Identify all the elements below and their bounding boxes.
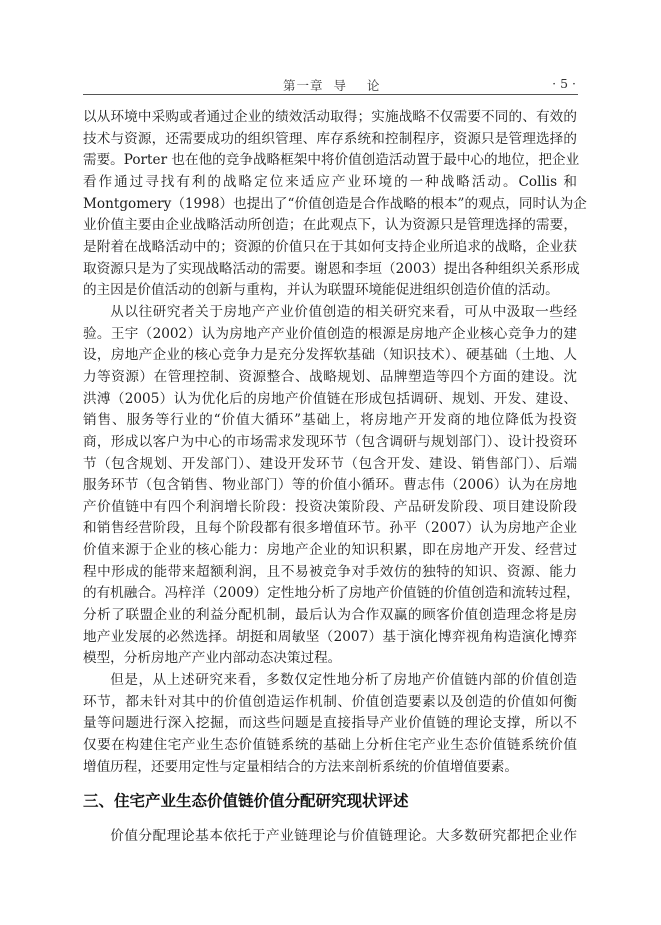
chapter-title: 第一章 导 论	[283, 76, 380, 94]
paragraph-3: 但是，从上述研究来看，多数仅定性地分析了房地产价值链内部的价值创造 环节，都未针…	[83, 670, 577, 778]
text-line: 环节，都未针对其中的价值创造运作机制、价值创造要素以及创造的价值如何衡	[83, 692, 577, 714]
text-line: 以从环境中采购或者通过企业的绩效活动取得；实施战略不仅需要不同的、有效的	[83, 107, 577, 129]
text-line: 价值分配理论基本依托于产业链理论与价值链理论。大多数研究都把企业作	[83, 826, 577, 848]
running-header: 第一章 导 论 · 5 ·	[83, 74, 578, 94]
text-line: 从以往研究者关于房地产产业价值创造的相关研究来看，可从中汲取一些经	[83, 302, 577, 324]
text-line: 是附着在战略活动中的；资源的价值只在于其如何支持企业所追求的战略，企业获	[83, 237, 577, 259]
text-line: 销售、服务等行业的“价值大循环”基础上，将房地产开发商的地位降低为投资	[83, 410, 577, 432]
text-line: 仅要在构建住宅产业生态价值链系统的基础上分析住宅产业生态价值链系统价值	[83, 735, 577, 757]
text-line: Montgomery（1998）也提出了“价值创造是合作战略的根本”的观点，同时…	[83, 194, 577, 216]
text-line: 设，房地产企业的核心竞争力是充分发挥软基础（知识技术）、硬基础（土地、人	[83, 345, 577, 367]
text-line: 看作通过寻找有利的战略定位来适应产业环境的一种战略活动。Collis 和	[83, 172, 577, 194]
text-line: 取资源只是为了实现战略活动的需要。谢恩和李垣（2003）提出各种组织关系形成	[83, 259, 577, 281]
text-line: 业价值主要由企业战略活动所创造；在此观点下，认为资源只是管理选择的需要，	[83, 215, 577, 237]
text-line: 的主因是价值活动的创新与重构，并认为联盟环境能促进组织创造价值的活动。	[83, 280, 577, 302]
text-line: 力等资源）在管理控制、资源整合、战略规划、品牌塑造等四个方面的建设。沈	[83, 367, 577, 389]
text-line: 程中形成的能带来超额利润，且不易被竞争对手效仿的独特的知识、资源、能力	[83, 562, 577, 584]
page-number: · 5 ·	[552, 76, 576, 91]
text-line: 但是，从上述研究来看，多数仅定性地分析了房地产价值链内部的价值创造	[83, 670, 577, 692]
text-line: 价值来源于企业的核心能力：房地产企业的知识积累，即在房地产开发、经营过	[83, 540, 577, 562]
text-line: 节（包含规划、开发部门）、建设开发环节（包含开发、建设、销售部门）、后端	[83, 454, 577, 476]
section-heading: 三、住宅产业生态价值链价值分配研究现状评述	[83, 789, 409, 811]
text-line: 洪溥（2005）认为优化后的房地产价值链在形成包括调研、规划、开发、建设、	[83, 389, 577, 411]
body-text: 以从环境中采购或者通过企业的绩效活动取得；实施战略不仅需要不同的、有效的 技术与…	[83, 107, 577, 778]
text-line: 的有机融合。冯梓洋（2009）定性地分析了房地产价值链的价值创造和流转过程，	[83, 583, 577, 605]
text-line: 增值历程，还要用定性与定量相结合的方法来剖析系统的价值增值要素。	[83, 757, 577, 779]
paragraph-4: 价值分配理论基本依托于产业链理论与价值链理论。大多数研究都把企业作	[83, 826, 577, 848]
header-divider	[83, 94, 578, 95]
text-line: 验。王宇（2002）认为房地产产业价值创造的根源是房地产企业核心竞争力的建	[83, 324, 577, 346]
paragraph-1: 以从环境中采购或者通过企业的绩效活动取得；实施战略不仅需要不同的、有效的 技术与…	[83, 107, 577, 302]
text-line: 需要。Porter 也在他的竞争战略框架中将价值创造活动置于最中心的地位，把企业	[83, 150, 577, 172]
paragraph-2: 从以往研究者关于房地产产业价值创造的相关研究来看，可从中汲取一些经 验。王宇（2…	[83, 302, 577, 670]
text-line: 地产业发展的必然选择。胡挺和周敏坚（2007）基于演化博弈视角构造演化博弈	[83, 627, 577, 649]
text-line: 服务环节（包含销售、物业部门）等的价值小循环。曹志伟（2006）认为在房地	[83, 475, 577, 497]
text-line: 技术与资源，还需要成功的组织管理、库存系统和控制程序，资源只是管理选择的	[83, 129, 577, 151]
text-line: 和销售经营阶段，且每个阶段都有很多增值环节。孙平（2007）认为房地产企业	[83, 518, 577, 540]
document-page: 第一章 导 论 · 5 · 以从环境中采购或者通过企业的绩效活动取得；实施战略不…	[0, 0, 661, 925]
text-line: 产价值链中有四个利润增长阶段：投资决策阶段、产品研发阶段、项目建设阶段	[83, 497, 577, 519]
text-line: 量等问题进行深入挖掘，而这些问题是直接指导产业价值链的理论支撑，所以不	[83, 713, 577, 735]
text-line: 分析了联盟企业的利益分配机制，最后认为合作双赢的顾客价值创造理念将是房	[83, 605, 577, 627]
text-line: 商，形成以客户为中心的市场需求发现环节（包含调研与规划部门）、设计投资环	[83, 432, 577, 454]
text-line: 模型，分析房地产产业内部动态决策过程。	[83, 648, 577, 670]
